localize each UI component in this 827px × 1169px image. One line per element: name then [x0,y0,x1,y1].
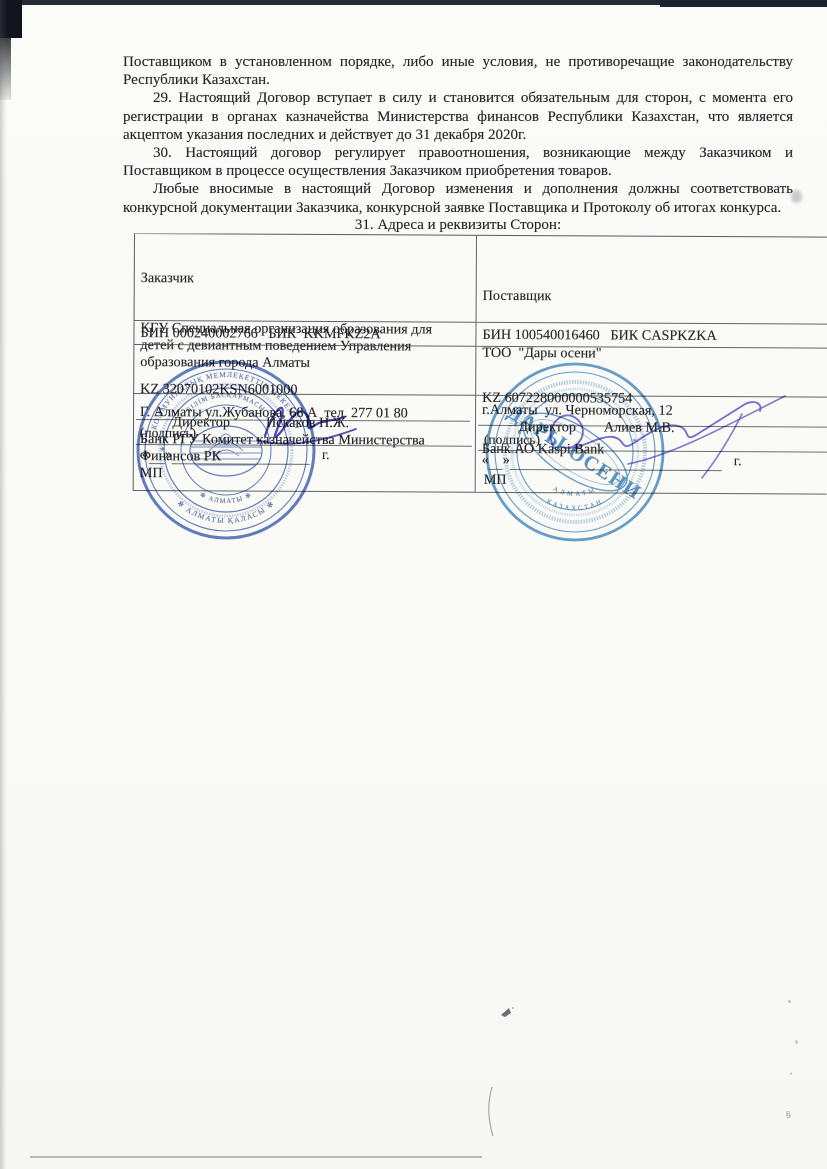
customer-info-cell: Заказчик КГУ Специальная организация обр… [135,234,476,323]
supplier-bank-cell: KZ 607228000000535754 Банк АО Kaspi Bank [475,347,827,398]
supplier-seal-label: МП [484,472,507,489]
scan-artifact-speck [795,1040,798,1044]
scan-artifact-speck [788,1000,791,1003]
supplier-bin-bik: БИН 100540016460 БИК CASPKZKA [475,323,827,349]
customer-bank-cell: KZ 32070102KSN6001000 Банк РГУ Комитет к… [134,345,475,396]
supplier-signature-caption: (подпись) [484,432,540,449]
supplier-date-row: «»г. [482,453,742,471]
paragraph-amendments: Любые вносимые в настоящий Договор измен… [123,180,793,216]
supplier-role: Поставщик [483,287,820,308]
svg-text:✻ АЛМАТЫ ҚАЛАСЫ ✻: ✻ АЛМАТЫ ҚАЛАСЫ ✻ [176,499,277,525]
scan-artifact-left-edge [0,0,7,1169]
supplier-signature-block: ДиректорАлиев М.В. (подпись) «»г. МП [475,396,827,495]
customer-bin-bik: БИН 000240002766 БИК KKMFKZ2A [134,321,475,347]
date-blank [149,451,165,464]
date-blank [489,457,503,470]
customer-date-row: «»г. [142,447,330,465]
contract-paragraphs: Поставщиком в установленном порядке, либ… [123,53,793,217]
supplier-director-name: Алиев М.В. [604,419,675,435]
stamp-country-arc: КАЗАХСТАН [545,498,604,512]
paragraph-continuation: Поставщиком в установленном порядке, либ… [123,53,793,89]
scan-artifact-top-bar-right [660,0,827,7]
scan-artifact-smudge [791,190,802,203]
customer-seal-label: МП [140,465,163,482]
supplier-info-cell: Поставщик ТОО "Дары осени" г.Алматы ул. … [476,236,827,325]
scan-artifact-pen-curve [480,1086,502,1138]
scan-artifact-speck [790,1072,792,1075]
scan-artifact-mark [498,1004,516,1022]
customer-signature-block: ДиректорИскаков Н.Ж. (подпись) «»г. МП [134,394,476,493]
date-blank [172,451,310,465]
customer-signature-caption: (подпись) [140,425,196,442]
date-blank [510,457,722,471]
paragraph-clause-30: 30. Настоящий договор регулирует правоот… [123,144,793,180]
year-suffix: г. [734,454,742,471]
requisites-table: Заказчик КГУ Специальная организация обр… [133,233,827,495]
paragraph-clause-29: 29. Настоящий Договор вступает в силу и … [123,89,793,144]
customer-role: Заказчик [141,270,468,289]
customer-director-name: Искаков Н.Ж. [266,414,349,430]
stamp-outer-ring-bottom-text: ✻ АЛМАТЫ ҚАЛАСЫ ✻ [176,499,277,525]
section-title-requisites: 31. Адреса и реквизиты Сторон: [123,217,793,233]
scan-artifact-speck: ҕ [786,1108,796,1122]
svg-text:КАЗАХСТАН: КАЗАХСТАН [545,498,604,512]
scanned-contract-page: Поставщиком в установленном порядке, либ… [0,0,827,1169]
scan-artifact-bottom-line [30,1156,482,1158]
year-suffix: г. [322,448,330,465]
